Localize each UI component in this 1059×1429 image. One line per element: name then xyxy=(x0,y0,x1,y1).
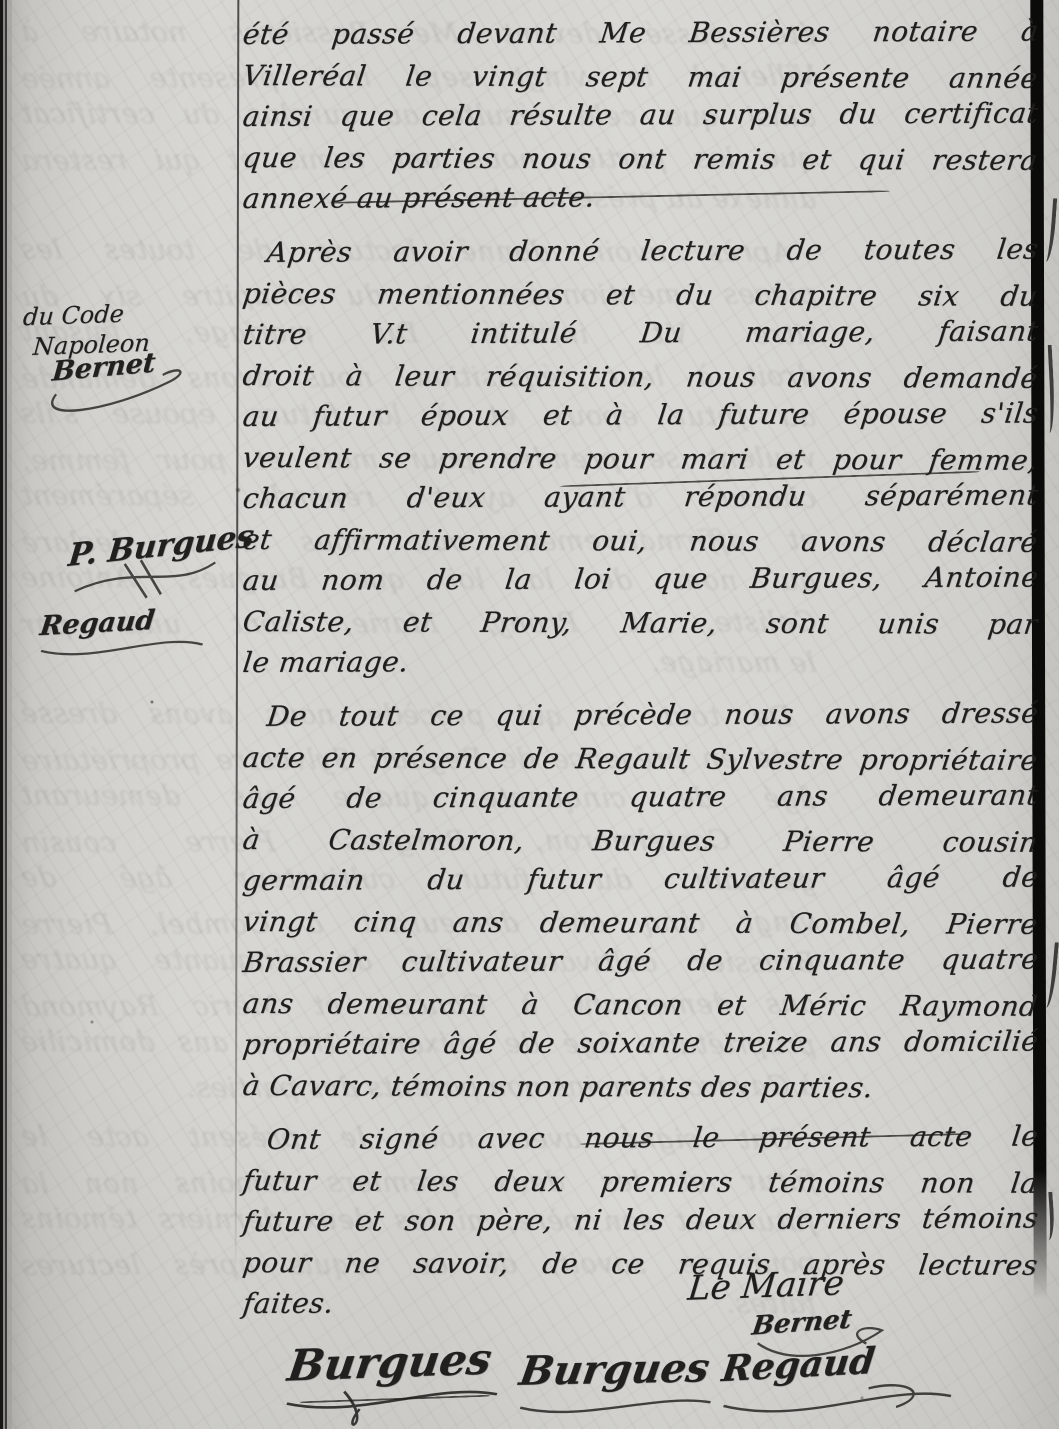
handwritten-line: De tout ce qui précède nous avons dressé xyxy=(241,693,1041,737)
handwritten-line: Après avoir donné lecture de toutes les xyxy=(241,229,1041,273)
handwritten-line: titre V.t intitulé Du mariage, faisant xyxy=(241,311,1041,355)
paragraph-4: Ont signé avec nous le présent acte lefu… xyxy=(243,1119,1038,1324)
handwritten-line: le mariage. xyxy=(241,639,1041,683)
paragraph-2: Après avoir donné lecture de toutes lesp… xyxy=(243,232,1038,683)
margin-signature-burgues: P. Burgues xyxy=(67,518,256,574)
paragraph-3: De tout ce qui précède nous avons dressé… xyxy=(243,696,1038,1106)
handwritten-line: germain du futur cultivateur âgé de xyxy=(241,857,1041,901)
handwritten-line: chacun d'eux ayant répondu séparément xyxy=(241,475,1041,519)
act-body-text: été passé devant Me Bessières notaire àV… xyxy=(243,14,1038,1324)
handwritten-line: au nom de la loi que Burgues, Antoine xyxy=(241,557,1041,601)
handwritten-line: Ont signé avec nous le présent acte le xyxy=(241,1116,1041,1160)
signature-flourish xyxy=(510,1388,716,1429)
closing-title: Le Maire xyxy=(686,1263,846,1309)
handwritten-line: à Cavarc, témoins non parents des partie… xyxy=(240,1065,1040,1109)
signature-paraph xyxy=(278,1378,505,1429)
witness-signature-burgues: Burgues xyxy=(516,1344,712,1394)
handwritten-line: au futur époux et à la future épouse s'i… xyxy=(241,393,1041,437)
handwritten-line: propriétaire âgé de soixante treize ans … xyxy=(241,1021,1041,1065)
margin-code-note-line: du Code xyxy=(22,298,153,333)
margin-signature-regaud: Regaud xyxy=(38,605,156,642)
scanned-register-page: été passé devant Me Bessières notaire àV… xyxy=(0,0,1059,1429)
facing-page-ink-mark xyxy=(1043,198,1057,263)
handwritten-line: ainsi que cela résulte au surplus du cer… xyxy=(241,93,1041,137)
groom-signature: Burgues xyxy=(285,1334,495,1391)
handwritten-line: future et son père, ni les deux derniers… xyxy=(241,1198,1041,1242)
signature-text: Burgues xyxy=(516,1344,712,1394)
binding-edge xyxy=(0,0,12,1429)
witness-signature-regaud: Regaud xyxy=(720,1340,878,1390)
handwritten-line: faites. xyxy=(241,1280,1041,1324)
handwritten-line: Brassier cultivateur âgé de cinquante qu… xyxy=(241,939,1041,983)
facing-page-ink-mark xyxy=(1042,1192,1055,1241)
handwritten-line: été passé devant Me Bessières notaire à xyxy=(241,11,1041,55)
paragraph-1: été passé devant Me Bessières notaire àV… xyxy=(243,14,1038,219)
mayor-signature: Bernet xyxy=(750,1304,854,1341)
handwritten-line: âgé de cinquante quatre ans demeurant xyxy=(241,775,1041,819)
margin-rule-line xyxy=(235,0,240,1275)
